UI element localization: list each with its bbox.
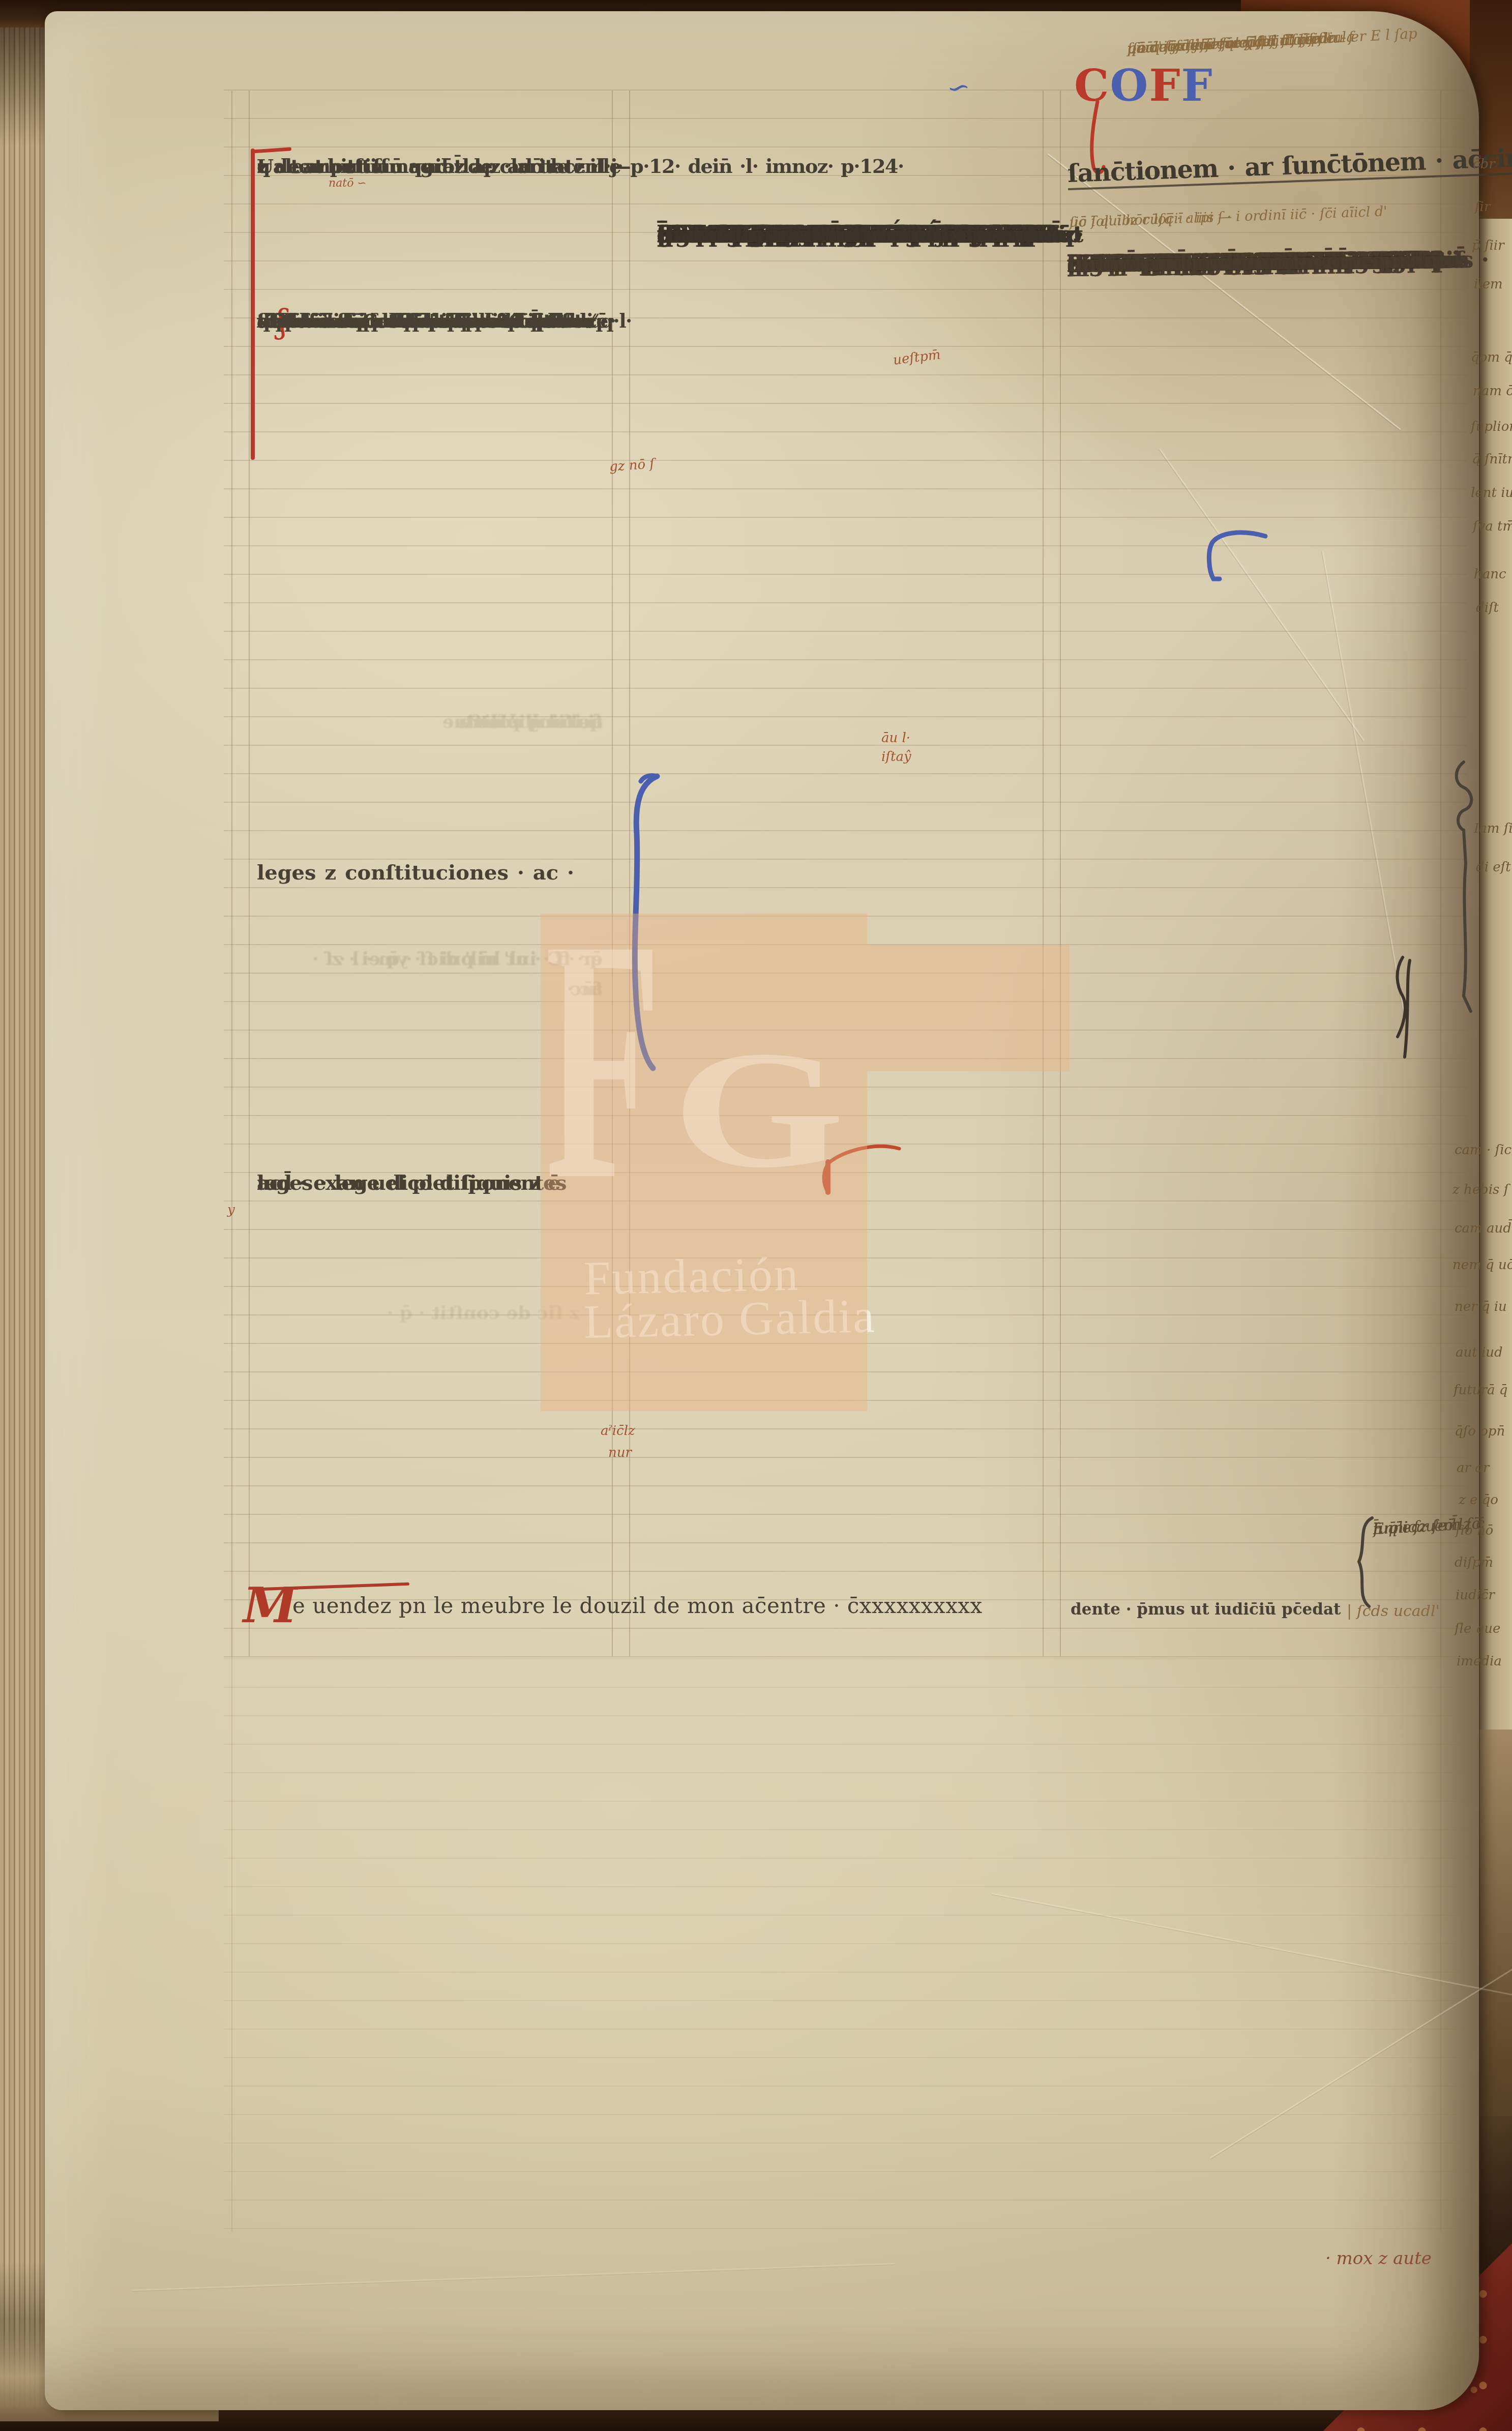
edge-fragment: ner q̄ iu <box>1455 1299 1507 1314</box>
gloss-line: ac · <box>257 1166 295 1200</box>
edge-fragment: ſva tm̄ <box>1473 519 1512 534</box>
interlinear-note: natō ∽ <box>329 177 367 190</box>
edge-fragment: nem q̄ uō <box>1452 1257 1512 1273</box>
edge-fragment: ſle que <box>1455 1621 1500 1636</box>
edge-fragment: hanc <box>1474 567 1506 582</box>
bottom-cover-edge <box>0 2407 1512 2431</box>
running-title-letter: F <box>1149 60 1181 111</box>
ruling-rail <box>1060 91 1061 1656</box>
edge-fragment: Iam ſi <box>1474 821 1512 836</box>
edge-fragment: cam · ſic <box>1455 1143 1511 1158</box>
margin-note: nur <box>608 1445 632 1460</box>
gloss-line: q · tempeſtiuū · ac · de claritatēm — <box>257 143 630 189</box>
ruling-rail-lower <box>231 1656 232 2231</box>
edge-fragment: aut iud <box>1456 1345 1503 1360</box>
ruling-rail <box>249 91 250 1656</box>
edge-fragment: lent iul' <box>1471 485 1512 501</box>
blue-paraph-icon <box>1204 528 1270 584</box>
ruling-rail <box>1440 91 1441 1656</box>
running-title-letter: F <box>1181 60 1213 111</box>
watermark-pink-block <box>541 945 1070 1071</box>
ruling-rail <box>231 91 232 1656</box>
margin-note: aˀic̄lz <box>601 1423 635 1439</box>
margin-rubric-constituciones: leges z conſtituciones · ac · <box>257 861 574 885</box>
ghost-line: ac ſimilr' dict <box>464 707 603 737</box>
edge-fragment: z hebis ſ <box>1452 1182 1508 1197</box>
red-bracket <box>251 149 255 460</box>
ruling-rail-lower <box>1440 1656 1441 2231</box>
edge-fragment: ar ar <box>1457 1460 1489 1476</box>
edge-fragment: diſpm̄ <box>1455 1555 1493 1570</box>
edge-fragment: z e q̄o <box>1459 1492 1498 1508</box>
text-line: piam deputat⁹ eſt ſiue ex pc̄epto <box>657 220 1052 249</box>
margin-note: āu l· <box>881 730 910 746</box>
edge-fragment: di eſt <box>1476 860 1511 875</box>
ruling-rail <box>1043 91 1044 1656</box>
red-initial-m: M <box>243 1581 297 1630</box>
running-title-letter: O <box>1110 60 1149 111</box>
edge-fragment: c̄br <box>1473 157 1495 172</box>
edge-fragment: q̄ ſnītr <box>1472 452 1512 467</box>
edge-fragment: imedia <box>1457 1654 1502 1669</box>
edge-fragment: ſir <box>1475 199 1490 215</box>
edge-fragment: ilem <box>1474 277 1503 292</box>
manuscript-photo: F G Fundación Lázaro Galdia ∽ COFF ſſō q… <box>0 0 1512 2431</box>
watermark-pink-block <box>541 914 867 945</box>
edge-fragment: futurā q̄ <box>1454 1383 1507 1398</box>
margin-note: gz nō ſ <box>609 456 655 475</box>
edge-fragment: q̄om q̄ <box>1471 350 1512 365</box>
gloss-line: uetur · ut C · del' z conſtic̄ · l · <box>257 305 570 336</box>
edge-fragment: p̄ ſiir <box>1472 238 1504 253</box>
edge-fragment: ſio nō <box>1456 1523 1493 1538</box>
french-probatio-line: e uendez pn le meubre le douzil de mon a… <box>292 1593 964 1618</box>
key-doodle-icon <box>1448 757 1489 1016</box>
text-line: uam apud iudic̄em ac̄cipe premiis · <box>1067 246 1489 279</box>
edge-fragment: diſt <box>1476 600 1499 616</box>
margin-note: y <box>227 1203 235 1218</box>
edge-fragment: q̄ſo opn̄ <box>1455 1424 1505 1439</box>
edge-fragment: ſuplior <box>1471 419 1512 434</box>
catchword-line: dente · p̄mus ut iudic̄iū pc̄edat <box>1071 1600 1341 1619</box>
edge-fragment: iudic̄r <box>1456 1588 1495 1603</box>
gloss-line: iud̄ · exan uel plet ſiquis z ē <box>257 1166 560 1200</box>
ruled-lines-lower <box>224 1658 1467 2238</box>
edge-fragment: cam aud̄ <box>1455 1221 1511 1236</box>
watermark-pink-block <box>541 1071 867 1411</box>
margin-note: iſtaŷ <box>881 749 911 765</box>
edge-fragment: nam c̄ <box>1473 384 1512 399</box>
corner-cursive-note: · mox z aute <box>1325 2248 1432 2269</box>
line-filler-flourish <box>1387 955 1418 1062</box>
